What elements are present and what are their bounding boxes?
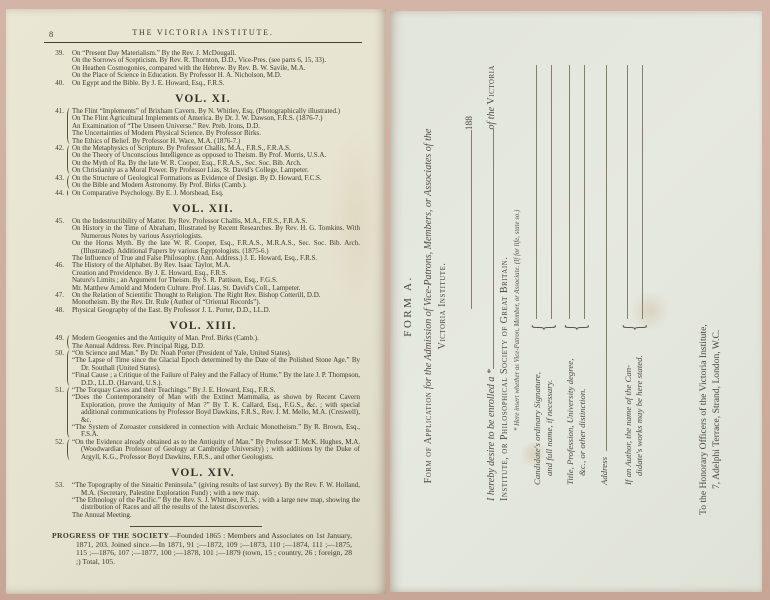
form-heading: Form of Application for the Admission of…	[422, 75, 449, 537]
entry-number: 51.	[46, 387, 64, 439]
form-a: FORM A. Form of Application for the Admi…	[402, 55, 724, 557]
field-label: Title, Profession, University degree,&c.…	[565, 333, 588, 485]
toc-entry: 52.“On the Evidence already obtained as …	[46, 439, 360, 461]
entry-number: 47.	[46, 292, 64, 307]
toc-entry: 39.On “Present Day Materialism.” By the …	[46, 50, 360, 80]
field-label-line: Title, Profession, University degree,	[565, 333, 577, 485]
volume-heading: VOL. XIV.	[46, 467, 360, 479]
entry-papers: On the Metaphysics of Scripture. By Prof…	[67, 145, 360, 175]
text-segment: of the	[486, 104, 497, 129]
text-segment: Victoria	[486, 65, 497, 104]
enrol-sentence-line2: Institute, or Philosophical Society of G…	[499, 65, 510, 501]
writing-line	[551, 65, 552, 319]
paper-title: The Annual Meeting.	[72, 512, 360, 519]
entry-papers: The Flint “Implements” of Brixham Cavern…	[67, 108, 360, 145]
writing-line	[569, 65, 570, 319]
entry-papers: “On Science and Man.” By Dr. Noah Porter…	[67, 350, 360, 387]
running-title: THE VICTORIA INSTITUTE.	[44, 28, 362, 37]
form-title: FORM A.	[402, 55, 414, 557]
toc-entry: 41.The Flint “Implements” of Brixham Cav…	[46, 108, 360, 145]
group-brace-icon	[67, 439, 71, 460]
group-brace-icon	[67, 387, 71, 438]
enrol-sentence-line1: I hereby desire to be enrolled a *of the…	[484, 65, 497, 501]
toc-entry: 43.On the Structure of Geological Format…	[46, 175, 360, 190]
toc-entry: 46.The History of the Alphabet. By Rev. …	[46, 262, 360, 292]
field-label-line: If an Author, the name of the Can-	[623, 333, 635, 485]
paper-title: “The Ethnology of the Pacific.” By the R…	[72, 497, 360, 512]
field-brace-icon: {	[528, 324, 559, 331]
toc-entry: 48.Physical Geography of the East. By Pr…	[46, 307, 360, 314]
paper-title: Physical Geography of the East. By Profe…	[72, 307, 360, 314]
toc-entry: 53.“The Topography of the Sinaitic Penin…	[46, 482, 360, 519]
field-label-line: Address	[599, 457, 611, 485]
entry-papers: On Comparative Psychology. By E. J. Mors…	[67, 190, 360, 197]
text-segment: Form of Application	[423, 392, 434, 484]
entry-papers: The History of the Alphabet. By Rev. Isa…	[67, 262, 360, 292]
footnote: * Here insert whether as Vice-Patron, Me…	[514, 65, 521, 431]
field-brace-icon: {	[561, 324, 592, 331]
field-writing-lines	[532, 65, 555, 319]
form-heading-line2: Victoria Institute.	[436, 75, 450, 537]
toc-entry: 50.“On Science and Man.” By Dr. Noah Por…	[46, 350, 360, 387]
paper-title: On Egypt and the Bible. By J. E. Howard,…	[72, 80, 360, 87]
entry-number: 39.	[46, 50, 64, 80]
entry-papers: “On the Evidence already obtained as to …	[67, 439, 360, 461]
volume-heading: VOL. XIII.	[46, 320, 360, 332]
page-header: 8 THE VICTORIA INSTITUTE.	[44, 28, 362, 39]
toc-entry: 51.“The Torquay Caves and their Teaching…	[46, 387, 360, 439]
entry-papers: On the Structure of Geological Formation…	[67, 175, 360, 190]
entry-number: 40.	[46, 80, 64, 87]
field-brace-icon: {	[619, 324, 650, 331]
entry-papers: “The Torquay Caves and their Teachings.”…	[67, 387, 360, 439]
toc-entry: 45.On the Indestructibility of Matter. B…	[46, 218, 360, 262]
volume-heading: VOL. XII.	[46, 203, 360, 215]
form-field: Candidate's ordinary Signature,and full …	[532, 65, 555, 485]
entry-number: 50.	[46, 350, 64, 387]
entry-papers: On the Indestructibility of Matter. By R…	[67, 218, 360, 262]
toc-entry: 40.On Egypt and the Bible. By J. E. Howa…	[46, 80, 360, 87]
progress-paragraph: PROGRESS OF THE SOCIETY—Founded 1865 : M…	[52, 532, 352, 566]
group-brace-icon	[67, 175, 71, 189]
field-label: Address	[599, 457, 611, 485]
paper-title: “The Topography of the Sinaitic Peninsul…	[72, 482, 360, 497]
contents-list: 39.On “Present Day Materialism.” By the …	[46, 50, 360, 519]
entry-number: 44.	[46, 190, 64, 197]
entry-number: 42.	[46, 145, 64, 175]
volume-heading: VOL. XI.	[46, 93, 360, 105]
entry-papers: Modern Geogenies and the Antiquity of Ma…	[67, 335, 360, 350]
group-brace-icon	[67, 335, 71, 349]
date-suffix: 188	[465, 116, 475, 130]
entry-number: 41.	[46, 108, 64, 145]
writing-line	[584, 65, 585, 319]
toc-entry: 47.On the Relation of Scientific Thought…	[46, 292, 360, 307]
page-number: 8	[49, 29, 53, 39]
book-backdrop: 8 THE VICTORIA INSTITUTE. 39.On “Present…	[0, 0, 770, 600]
field-writing-lines	[565, 65, 588, 319]
group-brace-icon	[67, 350, 71, 386]
entry-number: 53.	[46, 482, 64, 519]
writing-line	[642, 65, 643, 319]
field-label: If an Author, the name of the Can-didate…	[623, 333, 646, 485]
paper-title: “The System of Zoroaster considered in c…	[72, 424, 360, 439]
text-segment: I hereby desire to be enrolled a *	[486, 369, 497, 501]
date-blank-rule	[462, 130, 472, 309]
footer-line: 7, Adelphi Terrace, Strand, London, W.C.	[711, 324, 724, 515]
entry-papers: On Egypt and the Bible. By J. E. Howard,…	[67, 80, 360, 87]
left-page: 8 THE VICTORIA INSTITUTE. 39.On “Present…	[6, 9, 386, 594]
paper-title: “Final Cause ; a Critique of the Failure…	[72, 372, 360, 387]
form-heading-line1: Form of Application for the Admission of…	[422, 75, 436, 537]
group-brace-icon	[67, 190, 71, 196]
blank-rule	[484, 129, 494, 369]
entry-papers: Physical Geography of the East. By Profe…	[67, 307, 360, 314]
paper-title: “The Lapse of Time since the Glacial Epo…	[72, 357, 360, 372]
toc-entry: 44.On Comparative Psychology. By E. J. M…	[46, 190, 360, 197]
field-label: Candidate's ordinary Signature,and full …	[532, 333, 555, 485]
form-fields: Candidate's ordinary Signature,and full …	[532, 55, 646, 557]
header-rule	[44, 42, 362, 43]
entry-number: 52.	[46, 439, 64, 461]
text-segment: for the Admission of Vice-Patrons, Membe…	[423, 129, 434, 392]
paper-title: On the Horus Myth. By the late W. R. Coo…	[72, 240, 360, 255]
toc-entry: 42.On the Metaphysics of Scripture. By P…	[46, 145, 360, 175]
entry-number: 49.	[46, 335, 64, 350]
form-field: If an Author, the name of the Can-didate…	[623, 65, 646, 485]
entry-number: 46.	[46, 262, 64, 292]
text-segment: Institute, or Philosophical Society of G…	[499, 257, 510, 501]
writing-line	[627, 65, 628, 319]
group-brace-icon	[67, 145, 71, 174]
footer-line: To the Honorary Officers of the Victoria…	[698, 324, 711, 515]
paper-title: “Does the Contemporaneity of Man with th…	[72, 394, 360, 424]
right-page: FORM A. Form of Application for the Admi…	[390, 11, 762, 592]
entry-papers: On “Present Day Materialism.” By the Rev…	[67, 50, 360, 80]
paper-title: “On the Evidence already obtained as to …	[72, 439, 360, 461]
entry-papers: “The Topography of the Sinaitic Peninsul…	[67, 482, 360, 519]
paper-title: On Comparative Psychology. By E. J. Mors…	[72, 190, 360, 197]
entry-number: 43.	[46, 175, 64, 190]
date-line: 188	[462, 101, 475, 309]
field-writing-lines	[598, 65, 607, 451]
field-label-line: &c., or other distinction.	[577, 333, 589, 485]
group-brace-icon	[67, 108, 71, 144]
writing-line	[598, 65, 607, 451]
entry-papers: On the Relation of Scientific Thought to…	[67, 292, 360, 307]
entry-number: 48.	[46, 307, 64, 314]
paper-title: On History in the Time of Abraham, Illus…	[72, 225, 360, 240]
separator-rule	[130, 526, 262, 527]
form-field: Title, Profession, University degree,&c.…	[565, 65, 588, 485]
text-segment: Victoria Institute.	[437, 263, 448, 350]
form-footer-address: To the Honorary Officers of the Victoria…	[698, 324, 723, 515]
field-label-line: Candidate's ordinary Signature,	[532, 333, 544, 485]
field-label-line: and full name, if necessary.	[544, 333, 556, 485]
writing-line	[536, 65, 537, 319]
field-label-line: didate's works may be here stated.	[634, 333, 646, 485]
toc-entry: 49.Modern Geogenies and the Antiquity of…	[46, 335, 360, 350]
field-writing-lines	[623, 65, 646, 319]
entry-number: 45.	[46, 218, 64, 262]
form-field: Address	[598, 65, 611, 485]
